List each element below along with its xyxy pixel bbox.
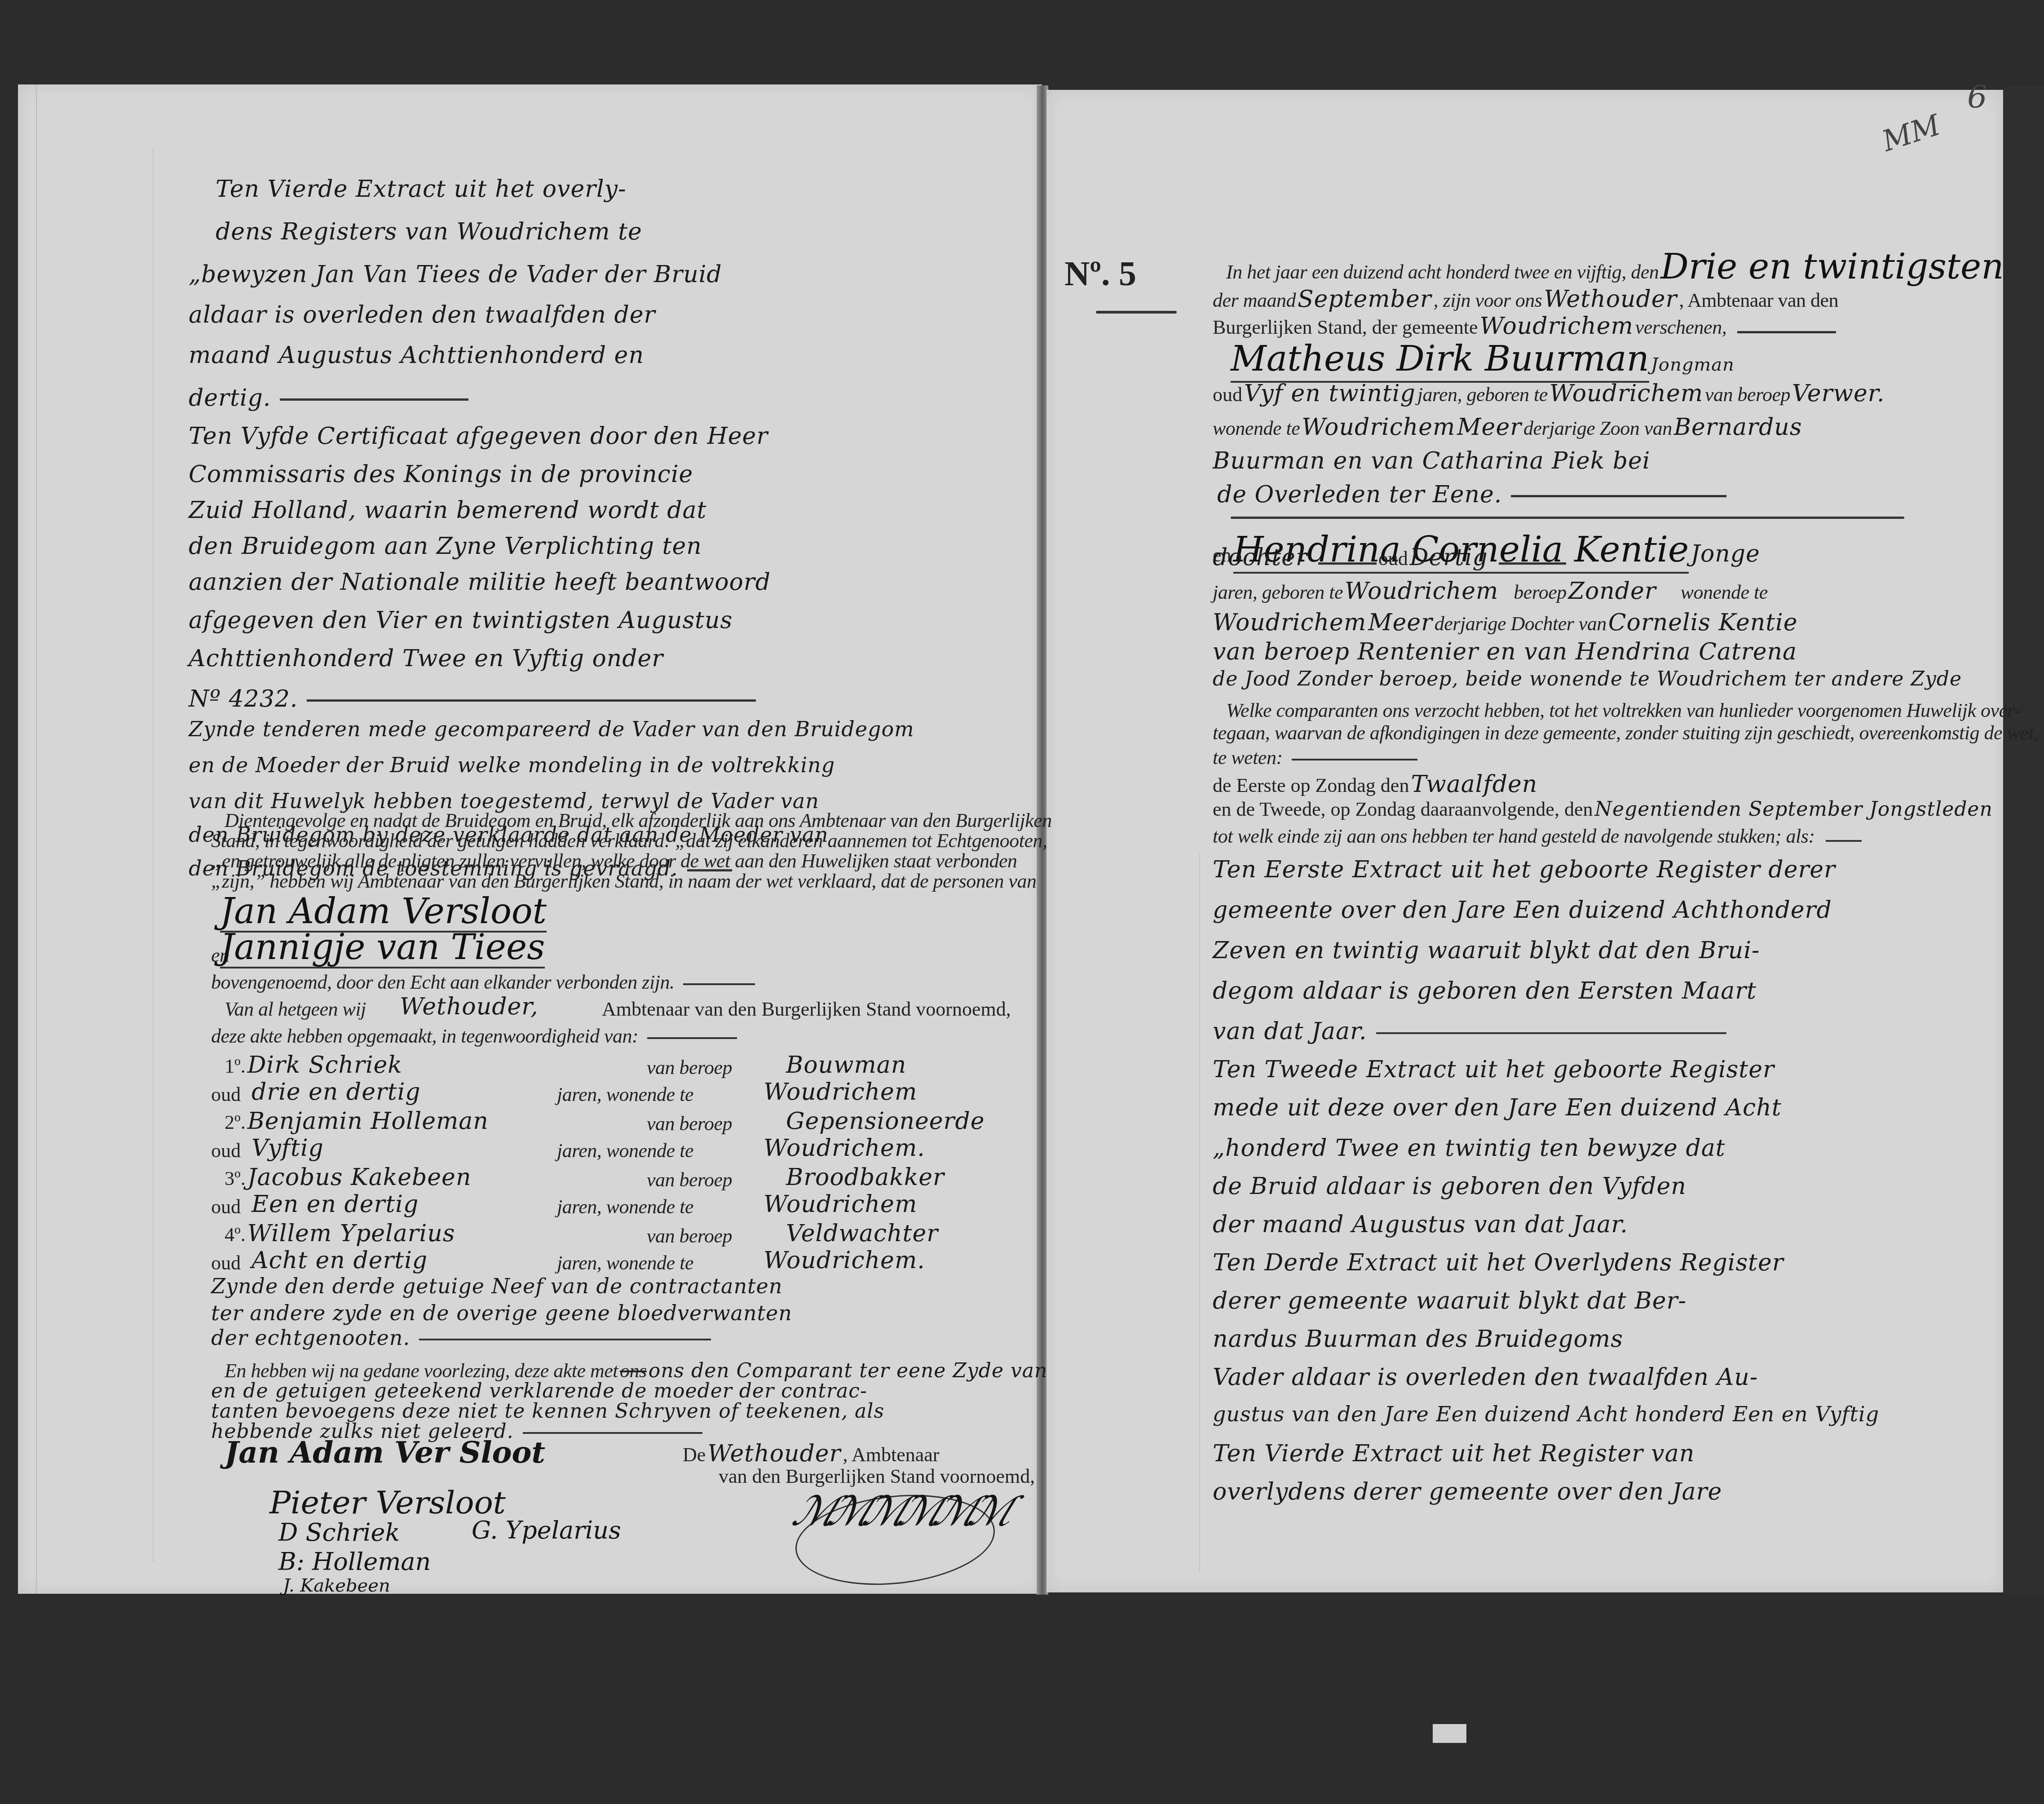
witness-row: 2º. Benjamin Holleman	[225, 1110, 489, 1133]
signature: B: Holleman	[278, 1550, 431, 1574]
doc-line: gemeente over den Jare Een duizend Achth…	[1213, 898, 1832, 922]
note-line: der echtgenooten.	[211, 1327, 711, 1348]
groom-age: Vyf en twintig	[1244, 380, 1416, 407]
groom-line-3: wonende te Woudrichem Meer derjarige Zoo…	[1213, 416, 1802, 439]
doc-line: van dat Jaar.	[1213, 1020, 1726, 1043]
jaren-label: jaren, wonende te	[557, 1141, 693, 1161]
groom-full-name: Matheus Dirk Buurman	[1231, 339, 1649, 383]
request-line: tegaan, waarvan de afkondigingen in deze…	[1213, 723, 2039, 743]
hand-line: aldaar is overleden den twaalfden der	[189, 303, 655, 327]
hand-line: Achttienhonderd Twee en Vyftig onder	[189, 647, 663, 670]
hand-line: Ten Vierde Extract uit het overly-	[216, 177, 627, 201]
witness-name: Dirk Schriek	[247, 1052, 402, 1079]
note-line: Zynde den derde getuige Neef van de cont…	[211, 1276, 782, 1296]
groom-status: Jongman	[1651, 354, 1735, 375]
hand-line: den Bruidegom aan Zyne Verplichting ten	[189, 535, 702, 558]
hand-line: van dit Huwelyk hebben toegestemd, terwy…	[189, 791, 819, 811]
witness-name: Benjamin Holleman	[247, 1108, 489, 1135]
bride-father: Cornelis Kentie	[1608, 609, 1798, 636]
witness-occupation: Bouwman	[786, 1053, 906, 1077]
beroep-label: van beroep	[647, 1114, 732, 1134]
declaration-line: „en getrouwelijk alle de pligten zullen …	[211, 851, 1017, 871]
doc-line: „honderd Twee en twintig ten bewyze dat	[1213, 1136, 1726, 1160]
bride-status: Jonge	[1691, 540, 1760, 567]
hand-line: dertig.	[189, 386, 468, 410]
witness-name: Willem Ypelarius	[247, 1220, 455, 1247]
act-number-ornament	[1096, 311, 1177, 314]
second-proclamation: en de Tweede, op Zondag daaraanvolgende,…	[1213, 800, 1993, 819]
hand-line: Ten Vyfde Certificaat afgegeven door den…	[189, 424, 768, 448]
archive-label	[1433, 1724, 1466, 1743]
witness-residence: Woudrichem.	[764, 1136, 925, 1160]
official-signature: ℳℳℳℳℳℳ	[788, 1491, 1013, 1532]
oud-label: oud	[211, 1253, 241, 1273]
struck-word: ons	[620, 1360, 647, 1382]
closing-hand-line: tanten bevoegens deze niet te kennen Sch…	[211, 1402, 884, 1421]
bride-occupation: Zonder	[1568, 578, 1656, 605]
beroep-label: van beroep	[647, 1170, 732, 1190]
page-number: 6	[1967, 79, 1987, 115]
witness-residence: Woudrichem.	[764, 1249, 925, 1272]
hand-line: en de Moeder der Bruid welke mondeling i…	[189, 755, 835, 775]
groom-line-2: oud Vyf en twintig jaren, geboren te Wou…	[1213, 382, 1885, 405]
signature: G. Ypelarius	[472, 1518, 621, 1543]
witness-residence: Woudrichem	[764, 1193, 917, 1216]
witness-occupation: Veldwachter	[786, 1222, 938, 1245]
left-binding-edge	[36, 84, 37, 1594]
hand-line: Zynde tenderen mede gecompareerd de Vade…	[189, 719, 914, 739]
official-sign-line2: van den Burgerlijken Stand voornoemd,	[719, 1467, 1035, 1486]
official-sign-block: De Wethouder , Ambtenaar	[683, 1442, 939, 1465]
groom-father: Bernardus	[1674, 414, 1802, 441]
witness-age: drie en dertig	[252, 1080, 421, 1104]
beroep-label: van beroep	[647, 1058, 732, 1078]
act-number: Nº. 5	[1064, 256, 1136, 291]
groom-occupation: Verwer.	[1792, 380, 1885, 407]
groom-line-4: Buurman en van Catharina Piek bei	[1213, 449, 1650, 473]
witness-occupation: Broodbakker	[786, 1166, 945, 1189]
hand-line: afgegeven den Vier en twintigsten August…	[189, 609, 733, 632]
bride-birthplace: Woudrichem	[1345, 578, 1498, 605]
groom-line-5: de Overleden ter Eene.	[1217, 483, 1726, 506]
note-line: ter andere zyde en de overige geene bloe…	[211, 1303, 792, 1323]
witness-row: 1º. Dirk Schriek	[225, 1053, 402, 1077]
witness-age: Een en dertig	[252, 1193, 419, 1216]
bride-age: Dertig	[1410, 544, 1488, 571]
doc-line: Ten Derde Extract uit het Overlydens Reg…	[1213, 1251, 1784, 1274]
witness-occupation: Gepensioneerde	[786, 1110, 984, 1133]
hand-line: Zuid Holland, waarin bemerend wordt dat	[189, 499, 707, 522]
doc-line: nardus Buurman des Bruidegoms	[1213, 1327, 1623, 1351]
separator-line	[1231, 517, 1904, 519]
jaren-label: jaren, wonende te	[557, 1197, 693, 1217]
signature: J. Kakebeen	[283, 1577, 390, 1595]
doc-line: overlydens derer gemeente over den Jare	[1213, 1480, 1722, 1503]
signature-groom: Jan Adam Ver Sloot	[225, 1437, 545, 1467]
register-number: Nº 4232.	[189, 687, 756, 711]
groom-name-line: Matheus Dirk Buurman Jongman	[1231, 341, 1735, 376]
hand-line: maand Augustus Achttienhonderd en	[189, 344, 644, 367]
official-title: Wethouder,	[400, 995, 539, 1018]
bride-line-3: jaren, geboren te Woudrichem beroep Zond…	[1213, 579, 1768, 603]
declaration-line: Stand, in tegenwoordigheid der getuigen …	[211, 831, 1047, 851]
oud-label: oud	[211, 1197, 241, 1217]
bride-line-6: de Jood Zonder beroep, beide wonende te …	[1213, 669, 1962, 689]
doc-line: derer gemeente waaruit blykt dat Ber-	[1213, 1289, 1686, 1313]
groom-birthplace: Woudrichem	[1550, 380, 1703, 407]
intro-line-3: Burgerlijken Stand, der gemeente Woudric…	[1213, 314, 1836, 338]
hand-line: aanzien der Nationale militie heeft bean…	[189, 570, 771, 594]
doc-line: der maand Augustus van dat Jaar.	[1213, 1213, 1628, 1236]
doc-line: de Bruid aldaar is geboren den Vyfden	[1213, 1175, 1686, 1198]
bride-residence: Woudrichem	[1213, 609, 1366, 636]
doc-line: Ten Tweede Extract uit het geboorte Regi…	[1213, 1058, 1775, 1081]
doc-line: mede uit deze over den Jare Een duizend …	[1213, 1096, 1782, 1119]
hand-line: „bewyzen Jan Van Tiees de Vader der Brui…	[189, 263, 722, 286]
hand-line: dens Registers van Woudrichem te	[216, 220, 642, 243]
signature: Pieter Versloot	[269, 1487, 506, 1518]
doc-line: Vader aldaar is overleden den twaalfden …	[1213, 1366, 1758, 1389]
doc-line: Ten Vierde Extract uit het Register van	[1213, 1442, 1695, 1465]
first-proclamation: de Eerste op Zondag den Twaalfden	[1213, 773, 1537, 796]
declaration-line: Dientengevolge en nadat de Bruidegom en …	[225, 811, 1052, 831]
witness-age: Vyftig	[252, 1136, 324, 1160]
akte-text: deze akte hebben opgemaakt, in tegenwoor…	[211, 1026, 737, 1046]
witness-row: 3º. Jacobus Kakebeen	[225, 1166, 471, 1189]
oud-label: oud	[211, 1085, 241, 1105]
bride-line-4: Woudrichem Meer derjarige Dochter van Co…	[1213, 611, 1798, 634]
request-line: te weten:	[1213, 748, 1417, 768]
official-suffix: Ambtenaar van den Burgerlijken Stand voo…	[602, 999, 1011, 1019]
doc-line: degom aldaar is geboren den Eersten Maar…	[1213, 979, 1757, 1003]
groom-residence: Woudrichem	[1302, 414, 1455, 441]
intro-line-1: In het jaar een duizend acht honderd twe…	[1226, 249, 2004, 284]
bride-line-5: van beroep Rentenier en van Hendrina Cat…	[1213, 640, 1797, 663]
witness-name: Jacobus Kakebeen	[247, 1164, 472, 1191]
documents-intro: tot welk einde zij aan ons hebben ter ha…	[1213, 827, 1862, 846]
left-margin-rule	[153, 147, 154, 1562]
right-margin-rule	[1199, 853, 1200, 1572]
bride-name: Jannigje van Tiees	[220, 930, 545, 968]
van-al-label: Van al hetgeen wij	[225, 999, 366, 1019]
request-line: Welke comparanten ons verzocht hebben, t…	[1226, 701, 2021, 721]
doc-line: Ten Eerste Extract uit het geboorte Regi…	[1213, 858, 1836, 881]
united-text: bovengenoemd, door den Echt aan elkander…	[211, 973, 755, 992]
hand-line: Commissaris des Konings in de provincie	[189, 463, 693, 486]
witness-age: Acht en dertig	[252, 1249, 428, 1272]
doc-line: gustus van den Jare Een duizend Acht hon…	[1213, 1404, 1879, 1424]
witness-row: 4º. Willem Ypelarius	[225, 1222, 455, 1245]
declaration-line: „zijn,” hebben wij Ambtenaar van den Bur…	[211, 871, 1036, 891]
intro-line-2: der maand September , zijn voor ons Weth…	[1213, 287, 1838, 311]
witness-residence: Woudrichem	[764, 1080, 917, 1104]
closing-line: En hebben wij na gedane voorlezing, deze…	[225, 1361, 1047, 1381]
closing-hand-line: en de getuigen geteekend verklarende de …	[211, 1381, 867, 1401]
jaren-label: jaren, wonende te	[557, 1253, 693, 1273]
bride-line-2: dochter oud Dertig	[1213, 546, 1566, 569]
oud-label: oud	[211, 1141, 241, 1161]
beroep-label: van beroep	[647, 1226, 732, 1246]
right-book-edge	[2004, 85, 2044, 1595]
jaren-label: jaren, wonende te	[557, 1085, 693, 1105]
doc-line: Zeven en twintig waaruit blykt dat den B…	[1213, 939, 1760, 962]
signature: D Schriek	[278, 1521, 400, 1545]
